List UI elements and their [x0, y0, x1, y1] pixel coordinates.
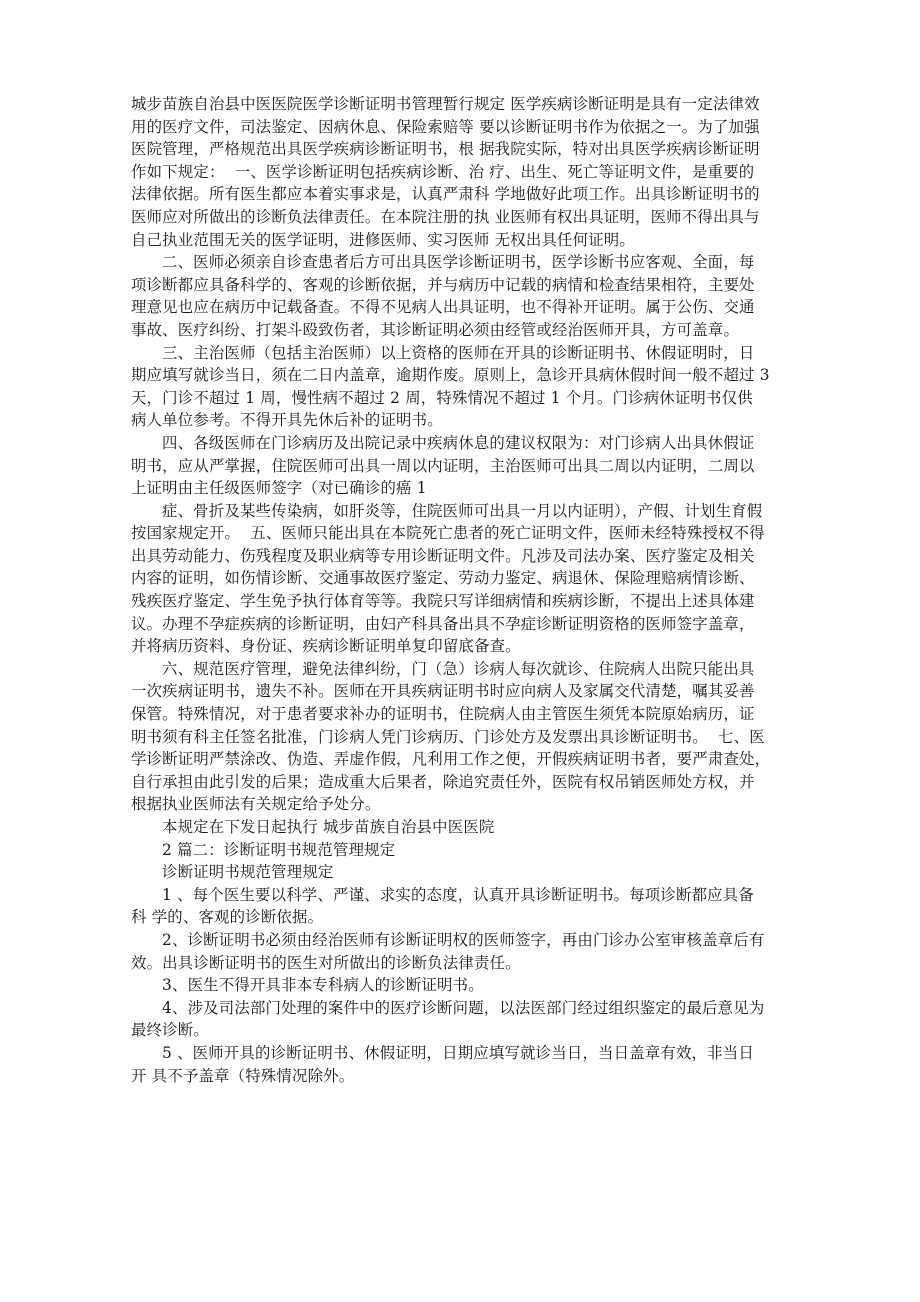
document-text-line: 三、主治医师（包括主治医师）以上资格的医师在开具的诊断证明书、休假证明时，日 [131, 342, 801, 365]
document-text-line: 最终诊断。 [131, 1019, 801, 1042]
document-page: 城步苗族自治县中医医院医学诊断证明书管理暂行规定 医学疾病诊断证明是具有一定法律… [131, 93, 801, 1087]
document-text-line: 4、涉及司法部门处理的案件中的医疗诊断问题，以法医部门经过组织鉴定的最后意见为 [131, 997, 801, 1020]
document-text-line: 上证明由主任级医师签字（对已确诊的癌 1 [131, 477, 801, 500]
document-text-line: 用的医疗文件，司法鉴定、因病休息、保险索赔等 要以诊断证明书作为依据之一。为了加… [131, 116, 801, 139]
document-text-line: 1 、每个医生要以科学、严谨、求实的态度，认真开具诊断证明书。每项诊断都应具备 [131, 884, 801, 907]
document-text-line: 六、规范医疗管理，避免法律纠纷，门（急）诊病人每次就诊、住院病人出院只能出具 [131, 658, 801, 681]
document-text-line: 2 篇二：诊断证明书规范管理规定 [131, 839, 801, 862]
document-text-line: 学诊断证明严禁涂改、伪造、弄虚作假，凡利用工作之便，开假疾病证明书者，要严肃查处… [131, 748, 801, 771]
document-text-line: 3、医生不得开具非本专科病人的诊断证明书。 [131, 974, 801, 997]
document-text-line: 自己执业范围无关的医学证明，进修医师、实习医师 无权出具任何证明。 [131, 229, 801, 252]
document-text-line: 科 学的、客观的诊断依据。 [131, 906, 801, 929]
document-text-line: 项诊断都应具备科学的、客观的诊断依据，并与病历中记载的病情和检查结果相符，主要处 [131, 274, 801, 297]
document-text-line: 理意见也应在病历中记载备查。不得不见病人出具证明，也不得补开证明。属于公伤、交通 [131, 296, 801, 319]
document-text-line: 医师应对所做出的诊断负法律责任。在本院注册的执 业医师有权出具证明，医师不得出具… [131, 206, 801, 229]
document-text-line: 事故、医疗纠纷、打架斗殴致伤者，其诊断证明必须由经管或经治医师开具，方可盖章。 [131, 319, 801, 342]
document-text-line: 2、诊断证明书必须由经治医师有诊断证明权的医师签字，再由门诊办公室审核盖章后有 [131, 929, 801, 952]
document-text-line: 出具劳动能力、伤残程度及职业病等专用诊断证明文件。凡涉及司法办案、医疗鉴定及相关 [131, 545, 801, 568]
document-text-line: 天，门诊不超过 1 周，慢性病不超过 2 周，特殊情况不超过 1 个月。门诊病休… [131, 387, 801, 410]
document-text-line: 效。出具诊断证明书的医生对所做出的诊断负法律责任。 [131, 952, 801, 975]
document-text-line: 明书，应从严掌握，住院医师可出具一周以内证明，主治医师可出具二周以内证明，二周以 [131, 455, 801, 478]
document-text-line: 症、骨折及某些传染病，如肝炎等，住院医师可出具一月以内证明），产假、计划生育假 [131, 500, 801, 523]
document-text-line: 法律依据。所有医生都应本着实事求是，认真严肃科 学地做好此项工作。出具诊断证明书… [131, 183, 801, 206]
document-text-line: 二、医师必须亲自诊查患者后方可出具医学诊断证明书，医学诊断书应客观、全面，每 [131, 251, 801, 274]
document-text-line: 按国家规定开。 五、医师只能出具在本院死亡患者的死亡证明文件，医师未经特殊授权不… [131, 522, 801, 545]
document-text-line: 一次疾病证明书，遗失不补。医师在开具疾病证明书时应向病人及家属交代清楚，嘱其妥善 [131, 680, 801, 703]
document-text-line: 医院管理，严格规范出具医学疾病诊断证明书，根 据我院实际，特对出具医学疾病诊断证… [131, 138, 801, 161]
document-text-line: 作如下规定： 一、医学诊断证明包括疾病诊断、治 疗、出生、死亡等证明文件，是重要… [131, 161, 801, 184]
document-text-line: 病人单位参考。不得开具先休后补的证明书。 [131, 409, 801, 432]
document-text-line: 期应填写就诊当日，须在二日内盖章，逾期作废。原则上，急诊开具病休假时间一般不超过… [131, 364, 801, 387]
document-text-line: 并将病历资料、身份证、疾病诊断证明单复印留底备查。 [131, 635, 801, 658]
document-text-line: 议。办理不孕症疾病的诊断证明，由妇产科具备出具不孕症诊断证明资格的医师签字盖章， [131, 613, 801, 636]
document-text-line: 四、各级医师在门诊病历及出院记录中疾病休息的建议权限为：对门诊病人出具休假证 [131, 432, 801, 455]
document-text-line: 明书须有科主任签名批准，门诊病人凭门诊病历、门诊处方及发票出具诊断证明书。 七、… [131, 726, 801, 749]
document-text-line: 内容的证明，如伤情诊断、交通事故医疗鉴定、劳动力鉴定、病退休、保险理赔病情诊断、 [131, 567, 801, 590]
document-text-line: 诊断证明书规范管理规定 [131, 861, 801, 884]
document-text-line: 5 、医师开具的诊断证明书、休假证明，日期应填写就诊当日，当日盖章有效，非当日 [131, 1042, 801, 1065]
document-text-line: 自行承担由此引发的后果；造成重大后果者，除追究责任外，医院有权吊销医师处方权，并 [131, 771, 801, 794]
document-text-line: 本规定在下发日起执行 城步苗族自治县中医医院 [131, 816, 801, 839]
document-text-line: 开 具不予盖章（特殊情况除外。 [131, 1065, 801, 1088]
document-text-line: 残疾医疗鉴定、学生免予执行体育等等。我院只写详细病情和疾病诊断，不提出上述具体建 [131, 590, 801, 613]
document-text-line: 根据执业医师法有关规定给予处分。 [131, 793, 801, 816]
document-text-line: 保管。特殊情况，对于患者要求补办的证明书，住院病人由主管医生须凭本院原始病历，证 [131, 703, 801, 726]
document-text-line: 城步苗族自治县中医医院医学诊断证明书管理暂行规定 医学疾病诊断证明是具有一定法律… [131, 93, 801, 116]
